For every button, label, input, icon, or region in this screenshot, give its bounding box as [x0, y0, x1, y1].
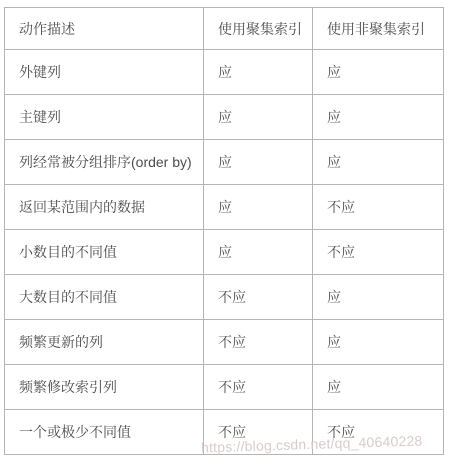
action-cell: 小数目的不同值	[5, 230, 204, 275]
clustered-index-cell: 不应	[204, 365, 313, 410]
nonclustered-index-cell: 应	[313, 275, 444, 320]
column-header-action: 动作描述	[5, 8, 204, 50]
table-row: 小数目的不同值应不应	[5, 230, 444, 275]
clustered-index-cell: 应	[204, 185, 313, 230]
table-row: 返回某范围内的数据应不应	[5, 185, 444, 230]
nonclustered-index-cell: 应	[313, 320, 444, 365]
action-cell: 主键列	[5, 95, 204, 140]
table-row: 列经常被分组排序(order by)应应	[5, 140, 444, 185]
clustered-index-cell: 不应	[204, 275, 313, 320]
nonclustered-index-cell: 不应	[313, 185, 444, 230]
column-header-clustered-index: 使用聚集索引	[204, 8, 313, 50]
nonclustered-index-cell: 应	[313, 50, 444, 95]
action-cell: 列经常被分组排序(order by)	[5, 140, 204, 185]
action-cell: 频繁更新的列	[5, 320, 204, 365]
table-row: 一个或极少不同值不应不应	[5, 410, 444, 455]
table-row: 频繁修改索引列不应应	[5, 365, 444, 410]
table-row: 频繁更新的列不应应	[5, 320, 444, 365]
header-row: 动作描述 使用聚集索引 使用非聚集索引	[5, 8, 444, 50]
clustered-index-cell: 应	[204, 50, 313, 95]
clustered-index-cell: 不应	[204, 320, 313, 365]
clustered-index-cell: 不应	[204, 410, 313, 455]
nonclustered-index-cell: 不应	[313, 230, 444, 275]
table-row: 外键列应应	[5, 50, 444, 95]
table-row: 大数目的不同值不应应	[5, 275, 444, 320]
action-cell: 外键列	[5, 50, 204, 95]
clustered-index-cell: 应	[204, 230, 313, 275]
action-cell: 返回某范围内的数据	[5, 185, 204, 230]
clustered-index-cell: 应	[204, 95, 313, 140]
column-header-nonclustered-index: 使用非聚集索引	[313, 8, 444, 50]
table-body: 外键列应应主键列应应列经常被分组排序(order by)应应返回某范围内的数据应…	[5, 50, 444, 455]
index-usage-table: 动作描述 使用聚集索引 使用非聚集索引 外键列应应主键列应应列经常被分组排序(o…	[4, 7, 444, 455]
nonclustered-index-cell: 应	[313, 140, 444, 185]
action-cell: 大数目的不同值	[5, 275, 204, 320]
nonclustered-index-cell: 不应	[313, 410, 444, 455]
nonclustered-index-cell: 应	[313, 365, 444, 410]
clustered-index-cell: 应	[204, 140, 313, 185]
table-header: 动作描述 使用聚集索引 使用非聚集索引	[5, 8, 444, 50]
action-cell: 频繁修改索引列	[5, 365, 204, 410]
nonclustered-index-cell: 应	[313, 95, 444, 140]
table-row: 主键列应应	[5, 95, 444, 140]
action-cell: 一个或极少不同值	[5, 410, 204, 455]
